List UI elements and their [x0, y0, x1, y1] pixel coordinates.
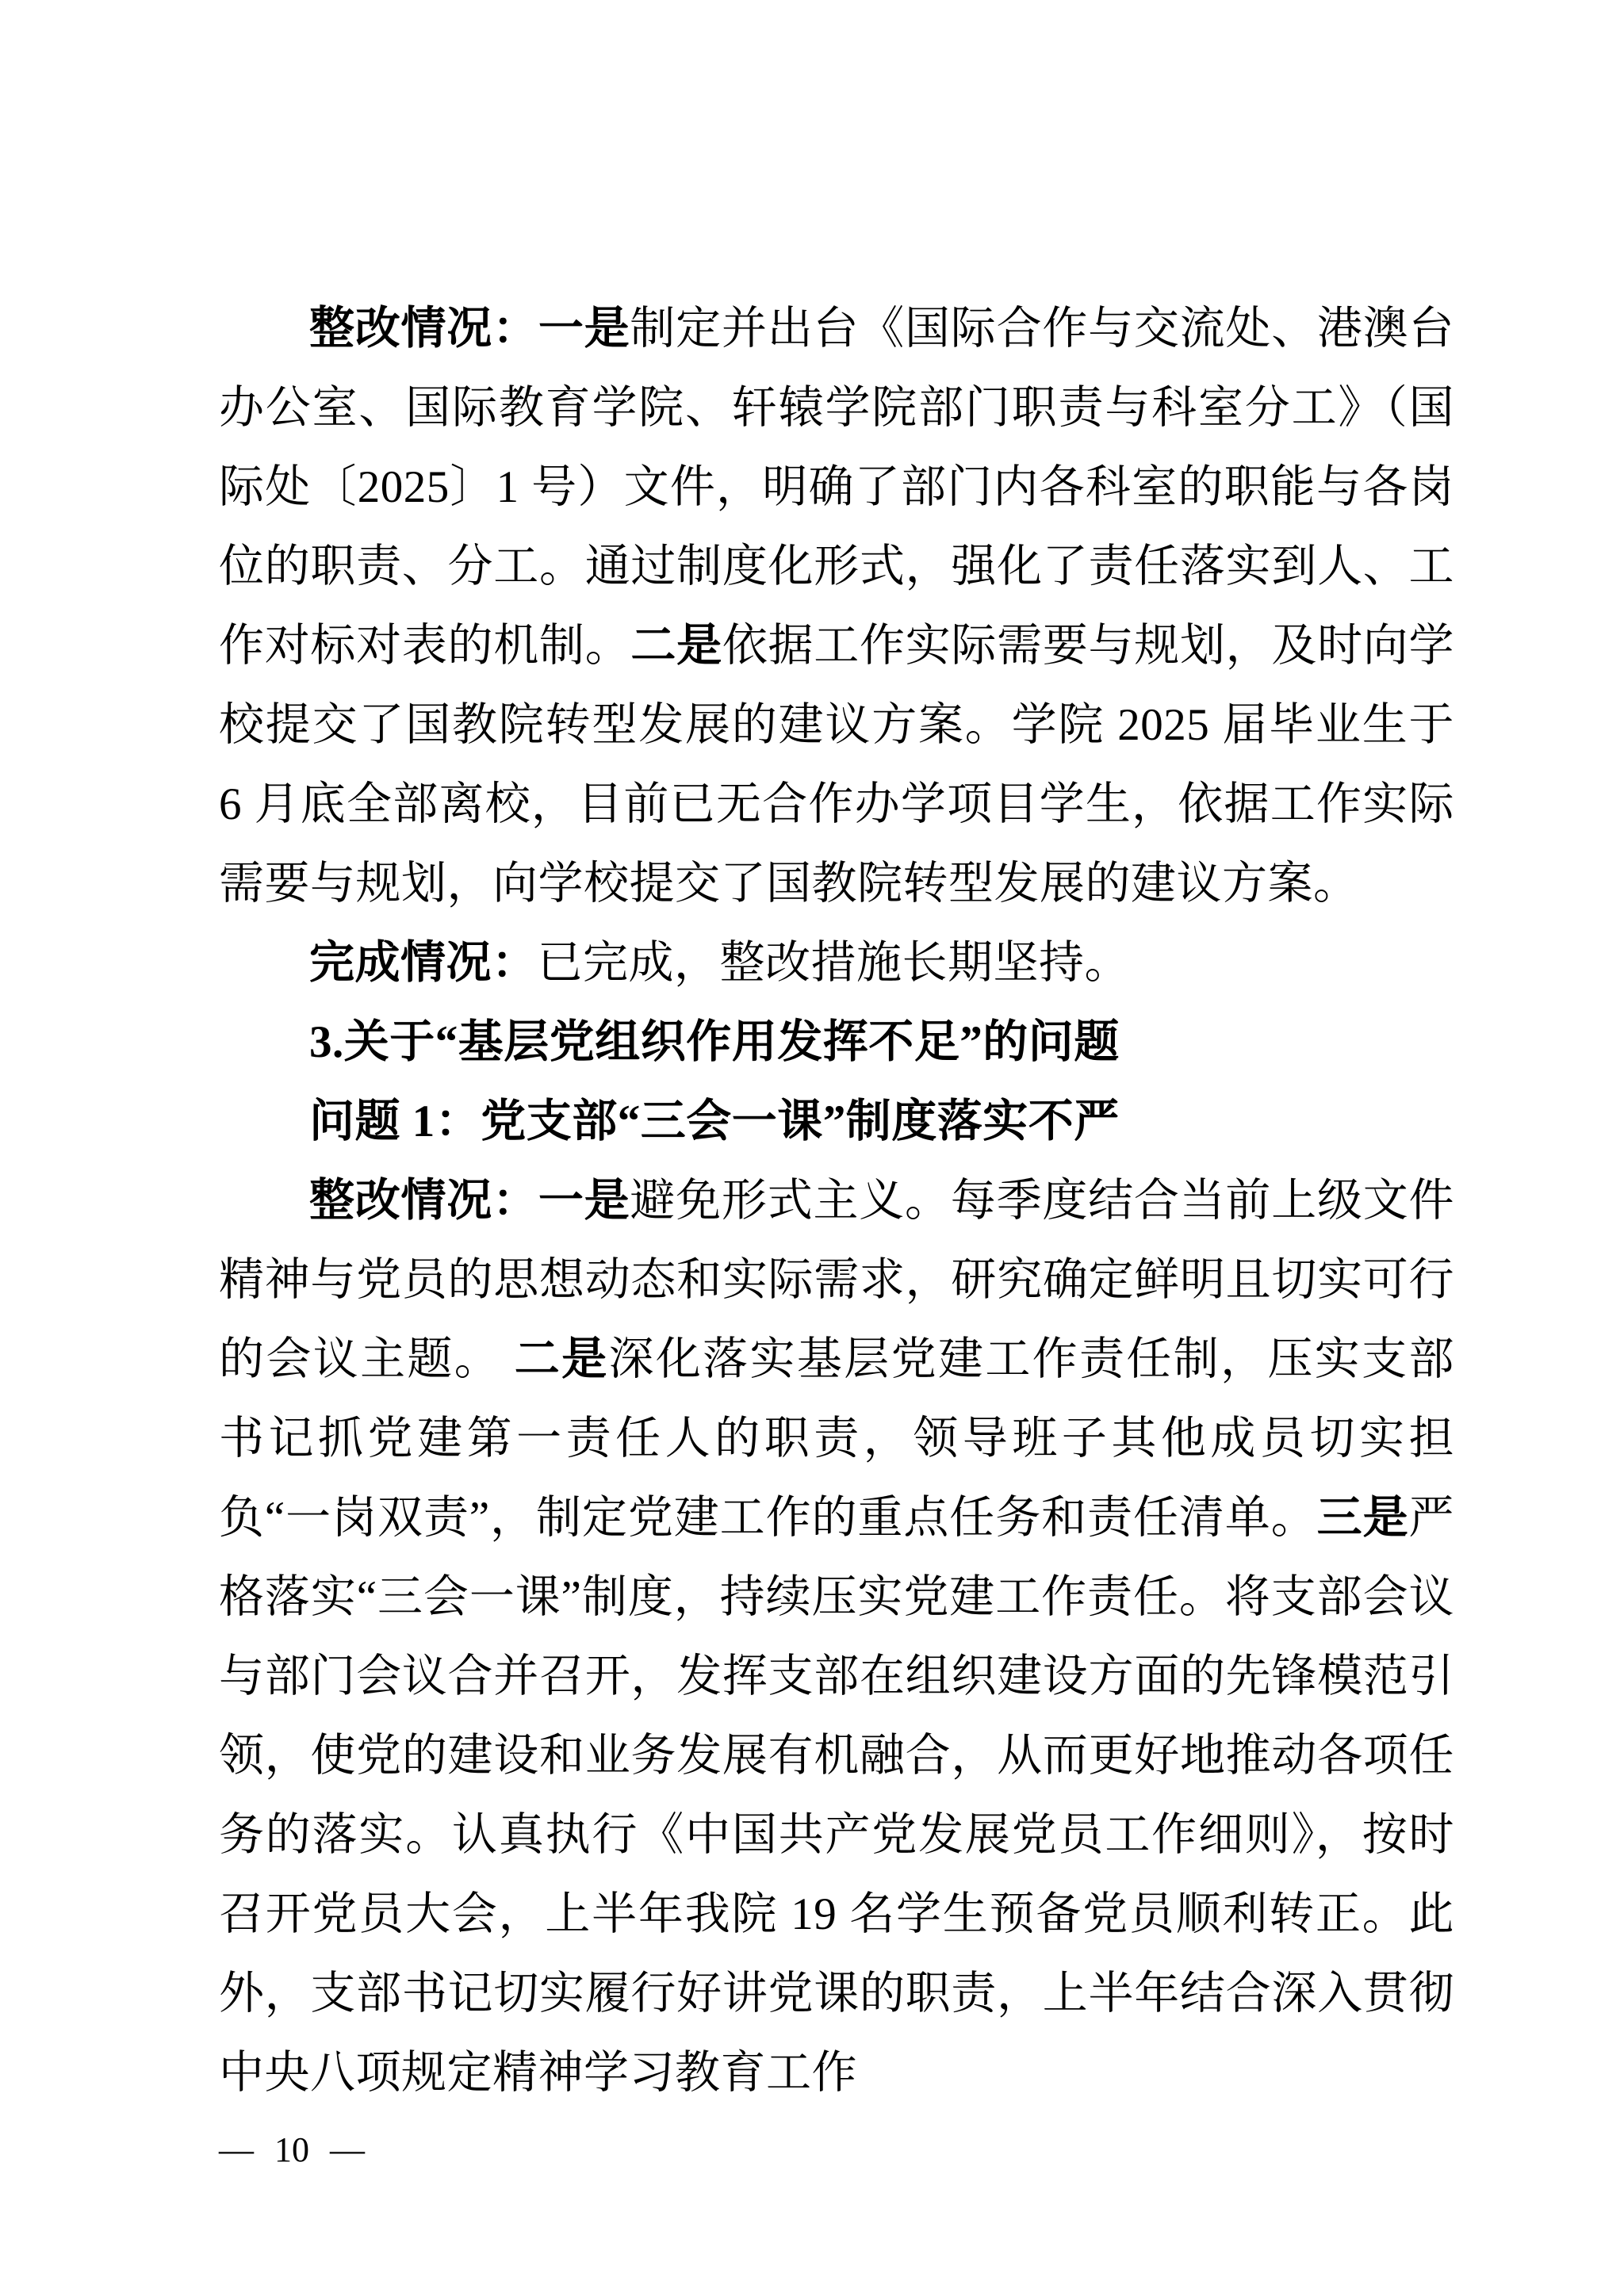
- text-segment: 已完成，整改措施长期坚持。: [538, 938, 1131, 988]
- document-body: 整改情况：一是制定并出台《国际合作与交流处、港澳台办公室、国际教育学院、轩辕学院…: [219, 289, 1454, 2113]
- bold-text-segment: 二是: [515, 1334, 609, 1384]
- heading-section-3: 3.关于“基层党组织作用发挥不足”的问题: [219, 1003, 1454, 1082]
- bold-text-segment: 3.关于“基层党组织作用发挥不足”的问题: [309, 1017, 1120, 1067]
- bold-text-segment: 整改情况：: [309, 304, 538, 354]
- para-rectification-1: 整改情况：一是制定并出台《国际合作与交流处、港澳台办公室、国际教育学院、轩辕学院…: [219, 289, 1454, 924]
- bold-text-segment: 整改情况：: [309, 1176, 538, 1226]
- bold-text-segment: 二是: [630, 621, 722, 671]
- bold-text-segment: 问题 1：党支部“三会一课”制度落实不严: [309, 1096, 1120, 1146]
- heading-problem-1: 问题 1：党支部“三会一课”制度落实不严: [219, 1082, 1454, 1161]
- bold-text-segment: 完成情况：: [309, 938, 538, 988]
- bold-text-segment: 三是: [1317, 1493, 1409, 1543]
- bold-text-segment: 一是: [538, 1176, 630, 1226]
- text-segment: 严格落实“三会一课”制度，持续压实党建工作责任。将支部会议与部门会议合并召开，发…: [219, 1493, 1454, 2098]
- footer-dash-left: —: [219, 2130, 254, 2169]
- footer-dash-right: —: [330, 2130, 365, 2169]
- document-page: 整改情况：一是制定并出台《国际合作与交流处、港澳台办公室、国际教育学院、轩辕学院…: [0, 0, 1624, 2296]
- page-footer: —10—: [219, 2125, 365, 2175]
- bold-text-segment: 一是: [538, 304, 630, 354]
- para-completion-1: 完成情况：已完成，整改措施长期坚持。: [219, 924, 1454, 1003]
- text-segment: 制定并出台《国际合作与交流处、港澳台办公室、国际教育学院、轩辕学院部门职责与科室…: [219, 304, 1454, 671]
- page-number: 10: [274, 2130, 309, 2169]
- para-rectification-2: 整改情况：一是避免形式主义。每季度结合当前上级文件精神与党员的思想动态和实际需求…: [219, 1161, 1454, 2113]
